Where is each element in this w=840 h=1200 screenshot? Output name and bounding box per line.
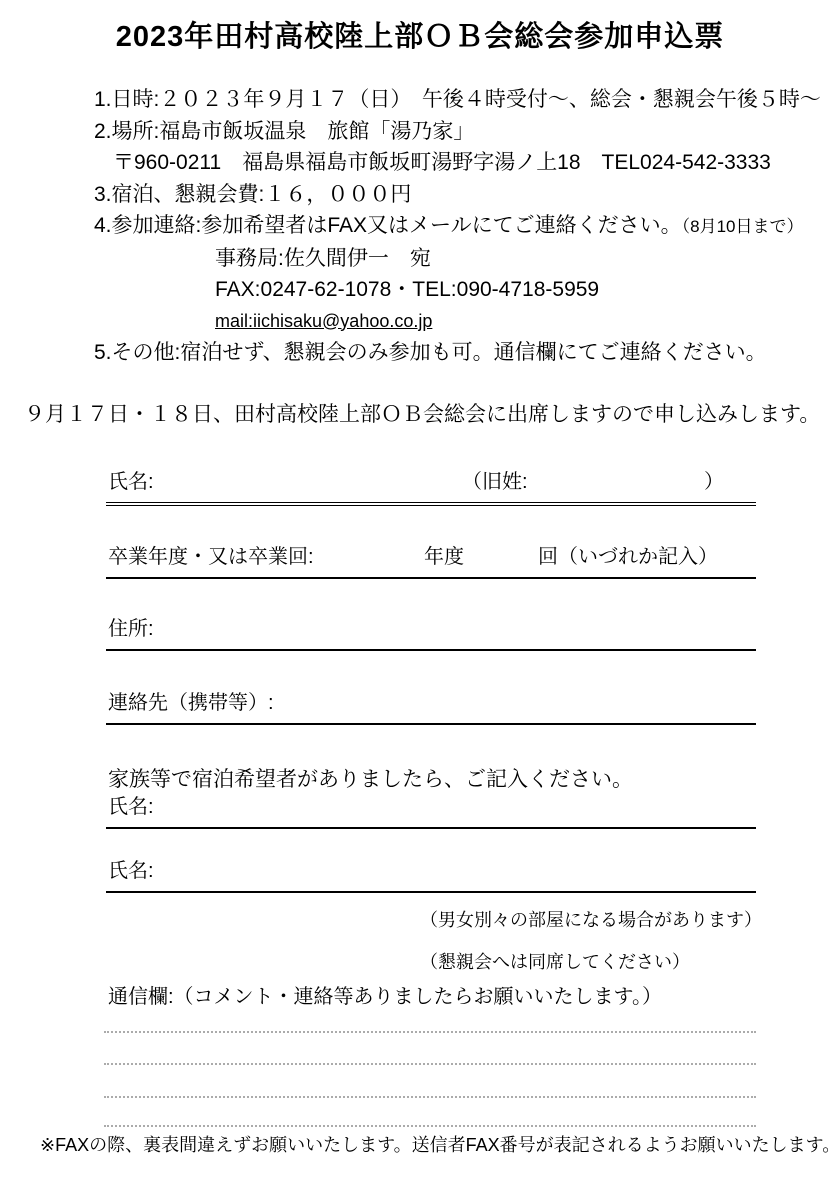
page-title: 2023年田村高校陸上部ＯＢ会総会参加申込票	[0, 14, 840, 55]
room-note: （男女別々の部屋になる場合があります）	[420, 906, 762, 932]
address-field-row[interactable]: 住所:	[106, 611, 756, 651]
contact-label: 連絡先（携帯等）:	[108, 686, 274, 715]
comment-line-3[interactable]	[104, 1096, 756, 1098]
notice-date: 1.日時:２０２３年９月１７（日） 午後４時受付～、総会・懇親会午後５時～	[94, 84, 824, 116]
notice-contact: 4.参加連絡:参加希望者はFAX又はメールにてご連絡ください。（8月10日まで）	[94, 210, 824, 243]
notice-block: 1.日時:２０２３年９月１７（日） 午後４時受付～、総会・懇親会午後５時～ 2.…	[94, 84, 824, 369]
notice-fax-tel: FAX:0247-62-1078・TEL:090-4718-5959	[215, 274, 824, 306]
notice-fee: 3.宿泊、懇親会費:１６，０００円	[94, 179, 824, 211]
comment-line-1[interactable]	[104, 1031, 756, 1033]
notice-address: 〒960-0211 福島県福島市飯坂町湯野字湯ノ上18 TEL024-542-3…	[113, 147, 824, 179]
notice-place: 2.場所:福島市飯坂温泉 旅館「湯乃家」	[94, 116, 824, 148]
name-field-row[interactable]: 氏名: （旧姓: ）	[106, 462, 756, 506]
contact-field-row[interactable]: 連絡先（携帯等）:	[106, 685, 756, 725]
maiden-name-close: ）	[704, 465, 724, 494]
comment-line-2[interactable]	[104, 1063, 756, 1065]
graduation-year-label: 年度	[424, 540, 464, 569]
email-line: mail:iichisaku@yahoo.co.jp	[215, 306, 824, 338]
name-label: 氏名:	[108, 465, 154, 494]
maiden-name-open: （旧姓:	[462, 465, 528, 494]
graduation-label: 卒業年度・又は卒業回:	[108, 540, 314, 569]
address-label: 住所:	[108, 612, 154, 641]
graduation-round-label: 回（いづれか記入）	[538, 540, 718, 569]
notice-contact-deadline: （8月10日まで）	[682, 217, 804, 236]
notice-contact-main: 4.参加連絡:参加希望者はFAX又はメールにてご連絡ください。	[94, 214, 682, 237]
family-name2-field-row[interactable]: 氏名:	[106, 853, 756, 893]
family-name2-label: 氏名:	[108, 854, 154, 883]
family-name1-label: 氏名:	[108, 790, 154, 819]
form-page: 2023年田村高校陸上部ＯＢ会総会参加申込票 1.日時:２０２３年９月１７（日）…	[0, 0, 840, 1200]
email-address[interactable]: mail:iichisaku@yahoo.co.jp	[215, 311, 432, 331]
notice-other: 5.その他:宿泊せず、懇親会のみ参加も可。通信欄にてご連絡ください。	[94, 337, 824, 369]
comment-line-4[interactable]	[104, 1125, 756, 1127]
party-note: （懇親会へは同席してください）	[420, 948, 690, 974]
fax-footer-note: ※FAXの際、裏表間違えずお願いいたします。送信者FAX番号が表記されるようお願…	[40, 1131, 840, 1157]
graduation-field-row[interactable]: 卒業年度・又は卒業回: 年度 回（いづれか記入）	[106, 539, 756, 579]
comment-label: 通信欄:（コメント・連絡等ありましたらお願いいたします。）	[108, 980, 662, 1009]
notice-office: 事務局:佐久間伊一 宛	[215, 243, 824, 275]
family-name1-field-row[interactable]: 氏名:	[106, 789, 756, 829]
application-statement: ９月１７日・１８日、田村高校陸上部ＯＢ会総会に出席しますので申し込みします。	[24, 398, 820, 428]
